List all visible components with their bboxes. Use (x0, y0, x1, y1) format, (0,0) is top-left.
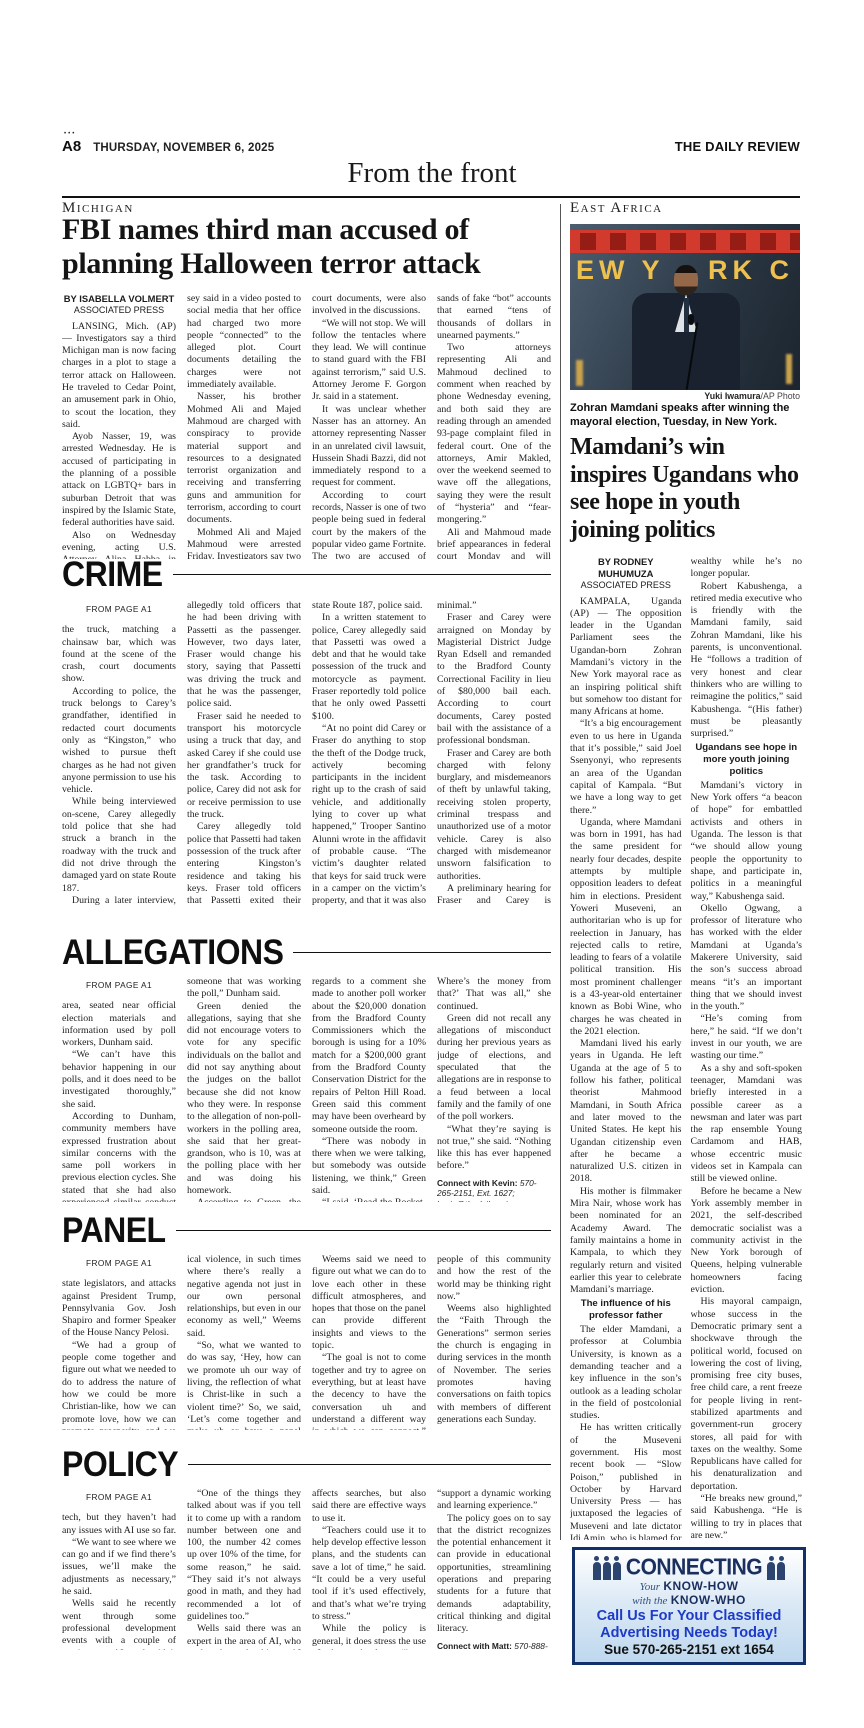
connect-line: Connect with Matt: 570-888-9643, Ext. 15… (437, 1641, 551, 1650)
paragraph: According to court records, Nasser is on… (312, 490, 426, 559)
paragraph: Nasser, his brother Mohmed Ali and Majed… (187, 391, 301, 526)
byline: BY RODNEY MUHUMUZA (570, 556, 682, 580)
ad-tagline-2: with the KNOW-WHO (575, 1594, 803, 1608)
paragraph: “There was nobody in there when we were … (312, 1136, 426, 1197)
page-number: A8 (62, 138, 81, 155)
section-title: PANEL (62, 1210, 166, 1251)
text-column: sands of fake “bot” accounts that earned… (437, 293, 551, 559)
paragraph: area, seated near official election mate… (62, 1000, 176, 1049)
text-column: minimal.”Fraser and Carey were arraigned… (437, 600, 551, 906)
paragraph: the truck, matching a chainsaw bar, whic… (62, 624, 176, 685)
section-header-policy: POLICY (62, 1446, 551, 1483)
paragraph: state Route 187, police said. (312, 600, 426, 612)
text-column: court documents, were also involved in t… (312, 293, 426, 559)
section-header-allegations: ALLEGATIONS (62, 934, 551, 971)
paragraph: “We want to see where we can go and if w… (62, 1537, 176, 1598)
people-silhouette-right-icon (767, 1555, 785, 1580)
paragraph: court documents, were also involved in t… (312, 293, 426, 318)
byline-org: ASSOCIATED PRESS (570, 580, 682, 592)
paragraph: sey said in a video posted to social med… (187, 293, 301, 391)
text-column: allegedly told officers that he had been… (187, 600, 301, 906)
paragraph: Green denied the allegations, saying tha… (187, 1001, 301, 1198)
paragraph: Mamdani lived his early years in Uganda.… (570, 1038, 682, 1186)
photo-red-banner (570, 230, 800, 253)
microphone-icon (688, 314, 694, 325)
fbi-article-columns: BY ISABELLA VOLMERTASSOCIATED PRESSLANSI… (62, 293, 551, 559)
paragraph: people of this community and how the res… (437, 1254, 551, 1303)
photo-banner-lettering (580, 233, 800, 250)
paragraph: Green did not recall any allegations of … (437, 1013, 551, 1124)
paragraph: minimal.” (437, 600, 551, 612)
paragraph: “So, what we wanted to do was say, ‘Hey,… (187, 1340, 301, 1430)
policy-columns: FROM PAGE A1tech, but they haven’t had a… (62, 1488, 551, 1650)
from-page-label: FROM PAGE A1 (62, 603, 176, 615)
paragraph: Where’s the money from that?’ That was a… (437, 976, 551, 1013)
photo-person-head (674, 265, 698, 295)
ad-call-line-2: Advertising Needs Today! (575, 1625, 803, 1642)
newspaper-page: ••• A8 THURSDAY, NOVEMBER 6, 2025 THE DA… (0, 0, 864, 1728)
paragraph: “It’s a big encouragement even to us her… (570, 718, 682, 816)
paragraph: “One of the things they talked about was… (187, 1488, 301, 1623)
subhead: Ugandans see hope in more youth joining … (691, 742, 803, 777)
byline: BY ISABELLA VOLMERT (62, 293, 176, 305)
text-column: “support a dynamic working and learning … (437, 1488, 551, 1650)
paragraph: The policy goes on to say that the distr… (437, 1513, 551, 1636)
paragraph: “We will not stop. We will follow the te… (312, 318, 426, 404)
ad-tagline-1: Your KNOW-HOW (575, 1580, 803, 1594)
text-column: regards to a comment she made to another… (312, 976, 426, 1202)
column-divider (560, 204, 561, 1540)
text-column: ical violence, in such times where there… (187, 1254, 301, 1430)
paragraph: The elder Mamdani, a professor at Columb… (570, 1324, 682, 1422)
people-silhouette-left-icon (593, 1555, 621, 1580)
paragraph: Fraser said he needed to transport his m… (187, 711, 301, 822)
paragraph: Two attorneys representing Ali and Mahmo… (437, 342, 551, 526)
text-column: BY ISABELLA VOLMERTASSOCIATED PRESSLANSI… (62, 293, 176, 559)
mamdani-article-headline: Mamdani’s win inspires Ugandans who see … (570, 434, 803, 544)
paragraph: “We had a group of people come together … (62, 1340, 176, 1430)
paragraph: According to Dunham, community members h… (62, 1111, 176, 1202)
paragraph: state legislators, and attacks against P… (62, 1278, 176, 1339)
paragraph: While being interviewed on-scene, Carey … (62, 796, 176, 894)
paragraph: Carey allegedly told police that Passett… (187, 821, 301, 906)
paragraph: Before he became a New York assembly mem… (691, 1186, 803, 1297)
paragraph: regards to a comment she made to another… (312, 976, 426, 1136)
text-column: Weems said we need to figure out what we… (312, 1254, 426, 1430)
photo-credit: Yuki Iwamura/AP Photo (570, 391, 800, 401)
photo-caption: Zohran Mamdani speaks after winning the … (570, 402, 801, 429)
paragraph: Ali and Mahmoud made brief appearances i… (437, 527, 551, 559)
paragraph: allegedly told officers that he had been… (187, 600, 301, 711)
section-title: CRIME (62, 554, 163, 595)
paragraph: It was unclear whether Nasser has an att… (312, 404, 426, 490)
paragraph: Weems also highlighted the “Faith Throug… (437, 1303, 551, 1426)
paragraph: As a shy and soft-spoken teenager, Mamda… (691, 1063, 803, 1186)
text-column: FROM PAGE A1the truck, matching a chains… (62, 600, 176, 906)
paragraph: While the policy is general, it does str… (312, 1623, 426, 1650)
paragraph: tech, but they haven’t had any issues wi… (62, 1512, 176, 1537)
paragraph: Fraser and Carey were arraigned on Monda… (437, 612, 551, 747)
paragraph: According to Green, the allegation of re… (187, 1197, 301, 1202)
section-banner: From the front (0, 156, 864, 190)
paragraph: affects searches, but also said there ar… (312, 1488, 426, 1525)
paragraph: Mamdani’s victory in New York offers “a … (691, 780, 803, 903)
paragraph: “He breaks new ground,” said Kabushenga.… (691, 1493, 803, 1540)
kicker-east-africa: East Africa (570, 200, 663, 217)
panel-columns: FROM PAGE A1state legislators, and attac… (62, 1254, 551, 1430)
page-marker-dots: ••• (64, 131, 76, 137)
section-rule (173, 574, 551, 575)
text-column: sey said in a video posted to social med… (187, 293, 301, 559)
classified-ad: CONNECTING Your KNOW-HOW with the KNOW-W… (572, 1547, 806, 1665)
sign-left: EW Y (576, 255, 665, 285)
text-column: FROM PAGE A1tech, but they haven’t had a… (62, 1488, 176, 1650)
crime-columns: FROM PAGE A1the truck, matching a chains… (62, 600, 551, 906)
paragraph: Okello Ogwang, a professor of literature… (691, 903, 803, 1014)
text-column: FROM PAGE A1area, seated near official e… (62, 976, 176, 1202)
section-title: ALLEGATIONS (62, 932, 283, 973)
from-page-label: FROM PAGE A1 (62, 1491, 176, 1503)
paragraph: During a later interview, Carey allegedl… (62, 895, 176, 906)
paper-name: THE DAILY REVIEW (675, 139, 800, 154)
ad-brand: CONNECTING (626, 1554, 762, 1580)
text-column: someone that was working the poll,” Dunh… (187, 976, 301, 1202)
paragraph: His mayoral campaign, whose success in t… (691, 1296, 803, 1493)
ad-contact-phone: Sue 570-265-2151 ext 1654 (575, 1641, 803, 1658)
paragraph: “support a dynamic working and learning … (437, 1488, 551, 1513)
paragraph: Uganda, where Mamdani was born in 1991, … (570, 817, 682, 1038)
mamdani-photo: EW Y RK C (570, 224, 800, 390)
byline-org: ASSOCIATED PRESS (62, 305, 176, 317)
fbi-article-headline: FBI names third man accused of planning … (62, 213, 551, 281)
text-column: wealthy while he’s no longer popular.Rob… (691, 556, 803, 1540)
section-title: POLICY (62, 1444, 178, 1485)
from-page-label: FROM PAGE A1 (62, 979, 176, 991)
section-header-crime: CRIME (62, 556, 551, 593)
text-column: FROM PAGE A1state legislators, and attac… (62, 1254, 176, 1430)
subhead: The influence of his professor father (570, 1298, 682, 1322)
paragraph: ical violence, in such times where there… (187, 1254, 301, 1340)
text-column: “One of the things they talked about was… (187, 1488, 301, 1650)
text-column: people of this community and how the res… (437, 1254, 551, 1430)
paragraph: “At no point did Carey or Fraser do anyt… (312, 723, 426, 906)
section-rule (176, 1230, 551, 1231)
ad-call-line-1: Call Us For Your Classified (575, 1608, 803, 1625)
allegations-columns: FROM PAGE A1area, seated near official e… (62, 976, 551, 1202)
paragraph: “He’s coming from here,” he said. “If we… (691, 1013, 803, 1062)
paragraph: “I said, ‘Read the Rocket-Courier about … (312, 1197, 426, 1202)
paragraph: KAMPALA, Uganda (AP) — The opposition le… (570, 596, 682, 719)
paragraph: someone that was working the poll,” Dunh… (187, 976, 301, 1001)
paragraph: “We can’t have this behavior happening i… (62, 1049, 176, 1110)
paragraph: Wells said there was an expert in the ar… (187, 1623, 301, 1650)
paragraph: In a written statement to police, Carey … (312, 612, 426, 723)
connect-line: Connect with Kevin: 570-265-2151, Ext. 1… (437, 1178, 551, 1202)
text-column: affects searches, but also said there ar… (312, 1488, 426, 1650)
paragraph: Ayob Nasser, 19, was arrested Wednesday.… (62, 431, 176, 529)
masthead-date: THURSDAY, NOVEMBER 6, 2025 (93, 142, 274, 154)
masthead: A8 THURSDAY, NOVEMBER 6, 2025 THE DAILY … (62, 138, 800, 155)
section-rule (293, 952, 551, 953)
photo-gold-accent (576, 360, 583, 386)
paragraph: “The goal is not to come together and tr… (312, 1352, 426, 1430)
paragraph: A preliminary hearing for Fraser and Car… (437, 883, 551, 906)
text-column: state Route 187, police said.In a writte… (312, 600, 426, 906)
paragraph: sands of fake “bot” accounts that earned… (437, 293, 551, 342)
paragraph: According to police, the truck belongs t… (62, 686, 176, 797)
paragraph: Weems said we need to figure out what we… (312, 1254, 426, 1352)
paragraph: “Teachers could use it to help develop e… (312, 1525, 426, 1623)
sign-right: RK C (708, 255, 794, 285)
paragraph: He has written critically of the Museven… (570, 1422, 682, 1540)
masthead-rule (62, 196, 800, 198)
paragraph: Robert Kabushenga, a retired media execu… (691, 581, 803, 741)
paragraph: Wells said he recently went through some… (62, 1598, 176, 1650)
text-column: Where’s the money from that?’ That was a… (437, 976, 551, 1202)
paragraph: “What they’re saying is not true,” she s… (437, 1124, 551, 1173)
section-header-panel: PANEL (62, 1212, 551, 1249)
paragraph: wealthy while he’s no longer popular. (691, 556, 803, 581)
paragraph: Mohmed Ali and Majed Mahmoud were arrest… (187, 527, 301, 559)
paragraph: His mother is filmmaker Mira Nair, whose… (570, 1186, 682, 1297)
paragraph: LANSING, Mich. (AP) — Investigators say … (62, 321, 176, 432)
mamdani-article-columns: BY RODNEY MUHUMUZAASSOCIATED PRESSKAMPAL… (570, 556, 802, 1540)
from-page-label: FROM PAGE A1 (62, 1257, 176, 1269)
section-rule (188, 1464, 551, 1465)
photo-gold-accent (786, 354, 792, 384)
paragraph: Fraser and Carey are both charged with f… (437, 748, 551, 883)
text-column: BY RODNEY MUHUMUZAASSOCIATED PRESSKAMPAL… (570, 556, 682, 1540)
